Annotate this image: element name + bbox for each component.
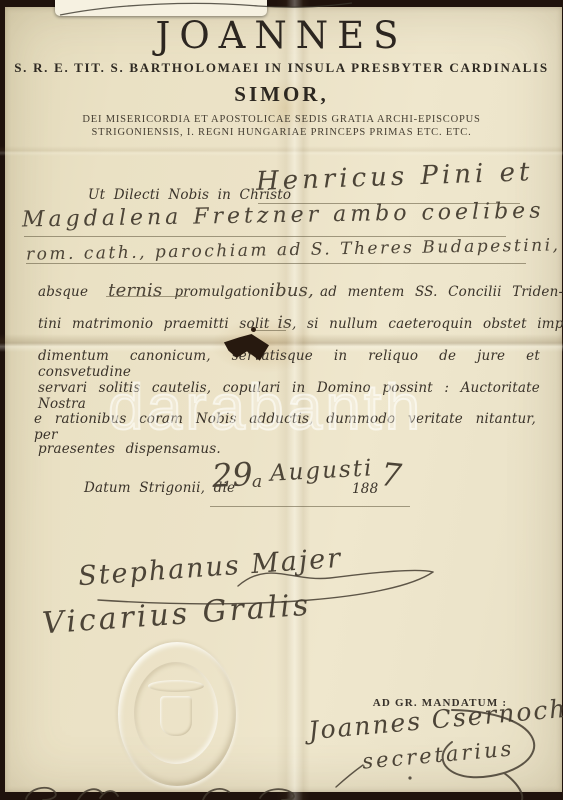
line5-printed-1: tini matrimonio praemitti solit (38, 316, 269, 332)
line4-printed-1: absque (38, 284, 88, 300)
seal-cardinal-hat (148, 680, 204, 692)
line4-hand-ibus: ibus, (269, 280, 314, 301)
fill-in-rule-3 (26, 263, 526, 264)
embossed-cardinal-seal (118, 642, 236, 786)
date-year-printed: 188 (352, 481, 378, 497)
fill-in-rule-5 (252, 330, 286, 331)
fill-in-rule-date (210, 506, 410, 507)
body-line4: absqueternispromulgationibus,ad mentem S… (38, 280, 563, 301)
sticker-pen-line (0, 0, 563, 30)
bride-name-handwritten: Magdalena Fretzner ambo coelibes (22, 203, 545, 228)
seal-inner-ring (134, 662, 218, 764)
seal-shield (160, 696, 192, 736)
grace-line-2: STRIGONIENSIS, I. REGNI HUNGARIAE PRINCE… (0, 127, 563, 138)
fill-in-rule-4 (106, 296, 188, 297)
groom-name-handwritten: Henricus Pini et (256, 162, 533, 192)
parish-handwritten: rom. cath., parochiam ad S. Theres Budap… (26, 240, 561, 260)
line5-printed-2: , si nullum caeteroquin obstet impe- (292, 316, 563, 332)
date-year-digit-handwritten: 7 (381, 456, 401, 494)
signature-vicar-title: Vicarius Gralis (42, 597, 311, 632)
signature-secretary-name: Joannes Csernoch (308, 705, 563, 734)
date-a-handwritten: a (252, 472, 262, 492)
line4-hand-ternis: ternis (108, 280, 162, 301)
cardinal-titulus-line: S. R. E. TIT. S. BARTHOLOMAEI IN INSULA … (0, 60, 563, 76)
darabanth-watermark: darabanth (108, 370, 423, 444)
line4-printed-2: promulgation (174, 284, 269, 300)
signature-vicar-name: Stephanus Majer (78, 552, 342, 583)
photo-of-document: { "colors": { "background": "#1f120c", "… (0, 0, 563, 800)
signature-secretary-title: secretarius (362, 743, 514, 767)
cardinal-name: SIMOR, (0, 82, 563, 107)
date-day-handwritten: 29 (212, 456, 253, 494)
paper-hole-speck (251, 327, 256, 332)
grace-line-1: DEI MISERICORDIA ET APOSTOLICAE SEDIS GR… (0, 114, 563, 125)
line4-printed-3: ad mentem SS. Concilii Triden- (320, 284, 563, 300)
body-line5: tini matrimonio praemitti solitis, si nu… (38, 313, 563, 333)
